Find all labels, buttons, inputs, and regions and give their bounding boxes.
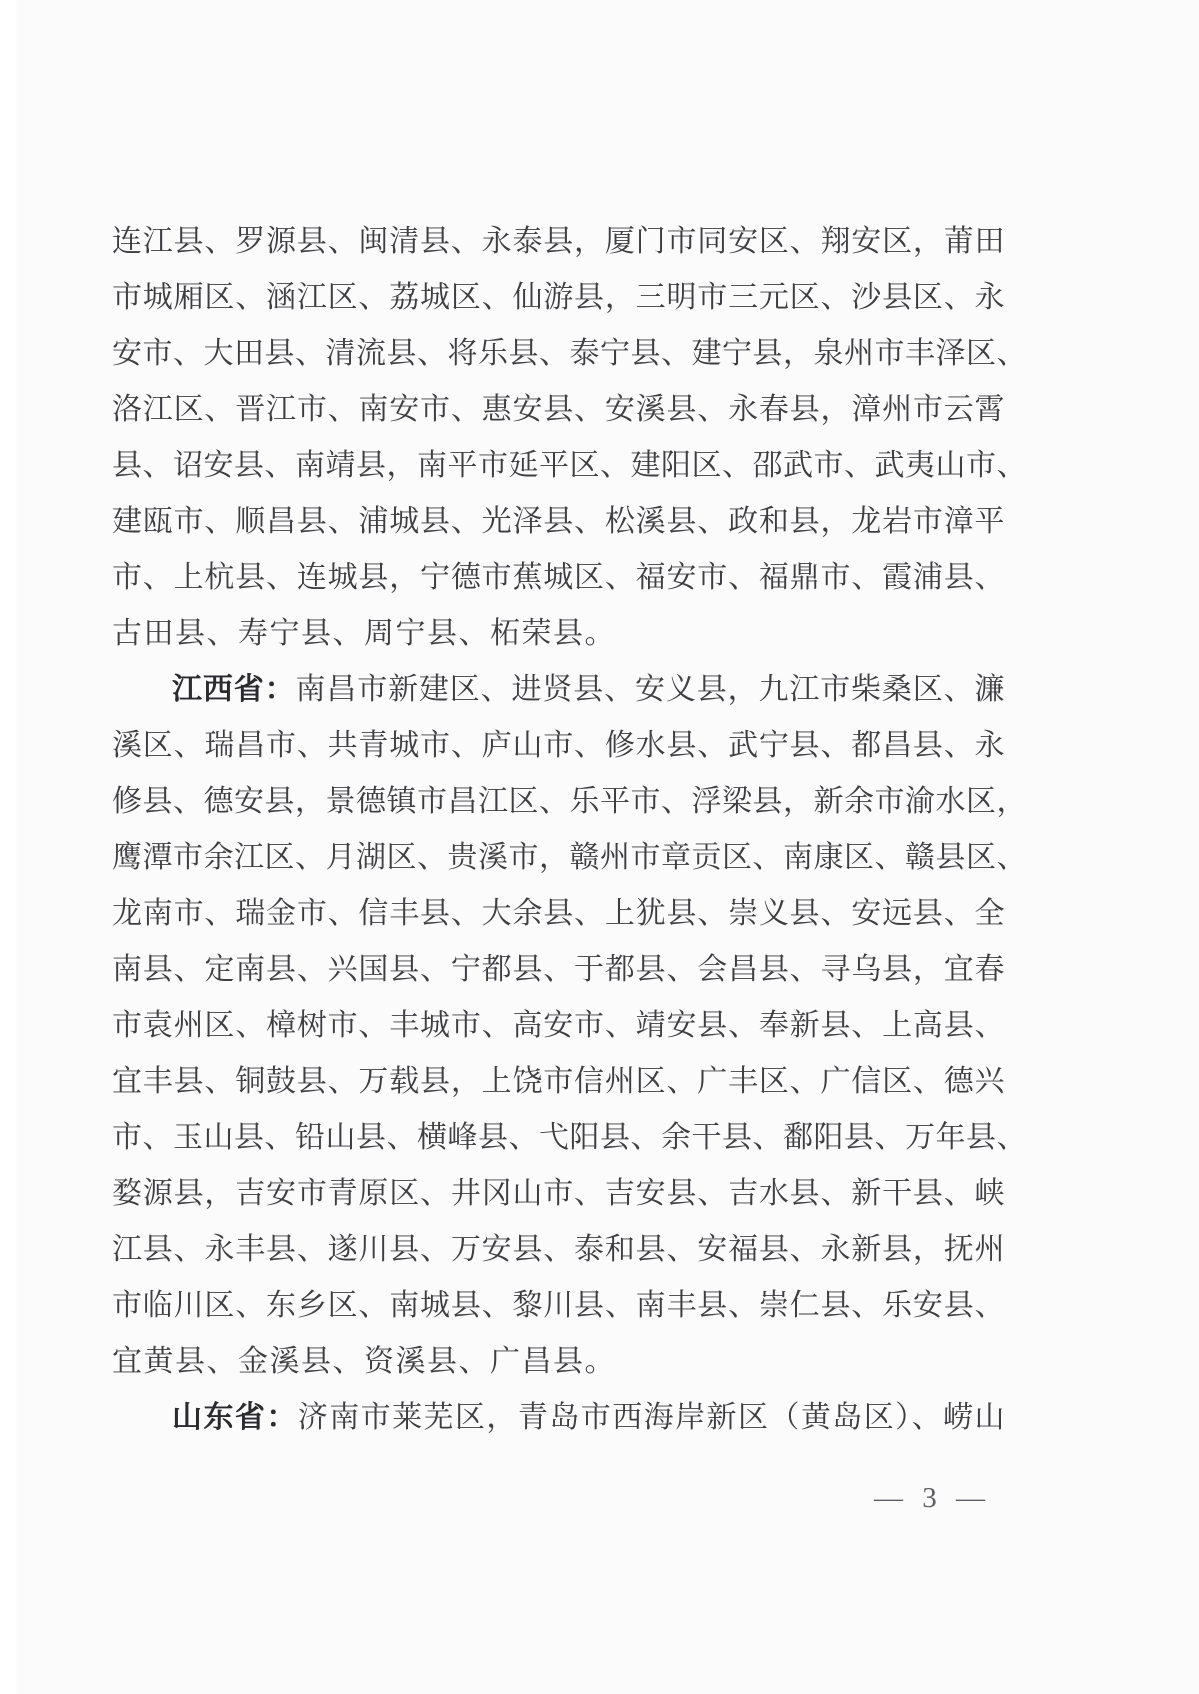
line-text: 溪区、瑞昌市、共青城市、庐山市、修水县、武宁县、都昌县、永 [112,729,1005,762]
line-text: 古田县、寿宁县、周宁县、柘荣县。 [112,617,616,650]
line-text: 济南市莱芜区，青岛市西海岸新区（黄岛区）、崂山 [298,1401,1005,1434]
document-line: 宜黄县、金溪县、资溪县、广昌县。 [112,1334,1005,1390]
line-text: 连江县、罗源县、闽清县、永泰县，厦门市同安区、翔安区，莆田 [112,225,1005,258]
document-line: 江县、永丰县、遂川县、万安县、泰和县、安福县、永新县，抚州 [112,1222,1005,1278]
line-text: 南昌市新建区、进贤县、安义县，九江市柴桑区、濂 [295,673,1005,706]
line-text: 鹰潭市余江区、月湖区、贵溪市，赣州市章贡区、南康区、赣县区、 [112,841,1027,874]
line-text: 龙南市、瑞金市、信丰县、大余县、上犹县、崇义县、安远县、全 [112,897,1005,930]
line-text: 市城厢区、涵江区、荔城区、仙游县，三明市三元区、沙县区、永 [112,281,1005,314]
line-text: 市、玉山县、铅山县、横峰县、弋阳县、余干县、鄱阳县、万年县、 [112,1121,1027,1154]
line-text: 南县、定南县、兴国县、宁都县、于都县、会昌县、寻乌县，宜春 [112,953,1005,986]
document-line: 市城厢区、涵江区、荔城区、仙游县，三明市三元区、沙县区、永 [112,270,1005,326]
document-line: 南县、定南县、兴国县、宁都县、于都县、会昌县、寻乌县，宜春 [112,942,1005,998]
document-line: 婺源县，吉安市青原区、井冈山市、吉安县、吉水县、新干县、峡 [112,1166,1005,1222]
document-line: 县、诏安县、南靖县，南平市延平区、建阳区、邵武市、武夷山市、 [112,438,1005,494]
line-text: 县、诏安县、南靖县，南平市延平区、建阳区、邵武市、武夷山市、 [112,449,1027,482]
document-line: 鹰潭市余江区、月湖区、贵溪市，赣州市章贡区、南康区、赣县区、 [112,830,1005,886]
document-line: 市、玉山县、铅山县、横峰县、弋阳县、余干县、鄱阳县、万年县、 [112,1110,1005,1166]
document-line: 宜丰县、铜鼓县、万载县，上饶市信州区、广丰区、广信区、德兴 [112,1054,1005,1110]
document-line: 建瓯市、顺昌县、浦城县、光泽县、松溪县、政和县，龙岩市漳平 [112,494,1005,550]
line-text: 市袁州区、樟树市、丰城市、高安市、靖安县、奉新县、上高县、 [112,1009,1005,1042]
line-text: 市、上杭县、连城县，宁德市蕉城区、福安市、福鼎市、霞浦县、 [112,561,1005,594]
line-text: 安市、大田县、清流县、将乐县、泰宁县、建宁县，泉州市丰泽区、 [112,337,1027,370]
line-text: 宜黄县、金溪县、资溪县、广昌县。 [112,1345,616,1378]
line-text: 市临川区、东乡区、南城县、黎川县、南丰县、崇仁县、乐安县、 [112,1289,1005,1322]
document-line: 洛江区、晋江市、南安市、惠安县、安溪县、永春县，漳州市云霄 [112,382,1005,438]
document-line: 古田县、寿宁县、周宁县、柘荣县。 [112,606,1005,662]
line-text: 建瓯市、顺昌县、浦城县、光泽县、松溪县、政和县，龙岩市漳平 [112,505,1005,538]
line-text: 江县、永丰县、遂川县、万安县、泰和县、安福县、永新县，抚州 [112,1233,1005,1266]
document-body: 连江县、罗源县、闽清县、永泰县，厦门市同安区、翔安区，莆田 市城厢区、涵江区、荔… [112,214,1005,1446]
province-heading-shandong: 山东省： [172,1401,298,1434]
document-line: 市袁州区、樟树市、丰城市、高安市、靖安县、奉新县、上高县、 [112,998,1005,1054]
province-heading-jiangxi: 江西省： [172,673,295,706]
document-line: 市、上杭县、连城县，宁德市蕉城区、福安市、福鼎市、霞浦县、 [112,550,1005,606]
document-page: 连江县、罗源县、闽清县、永泰县，厦门市同安区、翔安区，莆田 市城厢区、涵江区、荔… [0,0,1199,1694]
document-line: 修县、德安县，景德镇市昌江区、乐平市、浮梁县，新余市渝水区， [112,774,1005,830]
document-line: 安市、大田县、清流县、将乐县、泰宁县、建宁县，泉州市丰泽区、 [112,326,1005,382]
document-line: 江西省：南昌市新建区、进贤县、安义县，九江市柴桑区、濂 [112,662,1005,718]
document-line: 山东省：济南市莱芜区，青岛市西海岸新区（黄岛区）、崂山 [112,1390,1005,1446]
line-text: 宜丰县、铜鼓县、万载县，上饶市信州区、广丰区、广信区、德兴 [112,1065,1005,1098]
document-line: 市临川区、东乡区、南城县、黎川县、南丰县、崇仁县、乐安县、 [112,1278,1005,1334]
line-text: 婺源县，吉安市青原区、井冈山市、吉安县、吉水县、新干县、峡 [112,1177,1005,1210]
document-line: 连江县、罗源县、闽清县、永泰县，厦门市同安区、翔安区，莆田 [112,214,1005,270]
line-text: 修县、德安县，景德镇市昌江区、乐平市、浮梁县，新余市渝水区， [112,785,1027,818]
line-text: 洛江区、晋江市、南安市、惠安县、安溪县、永春县，漳州市云霄 [112,393,1005,426]
document-line: 溪区、瑞昌市、共青城市、庐山市、修水县、武宁县、都昌县、永 [112,718,1005,774]
document-line: 龙南市、瑞金市、信丰县、大余县、上犹县、崇义县、安远县、全 [112,886,1005,942]
page-number: — 3 — [874,1480,991,1516]
